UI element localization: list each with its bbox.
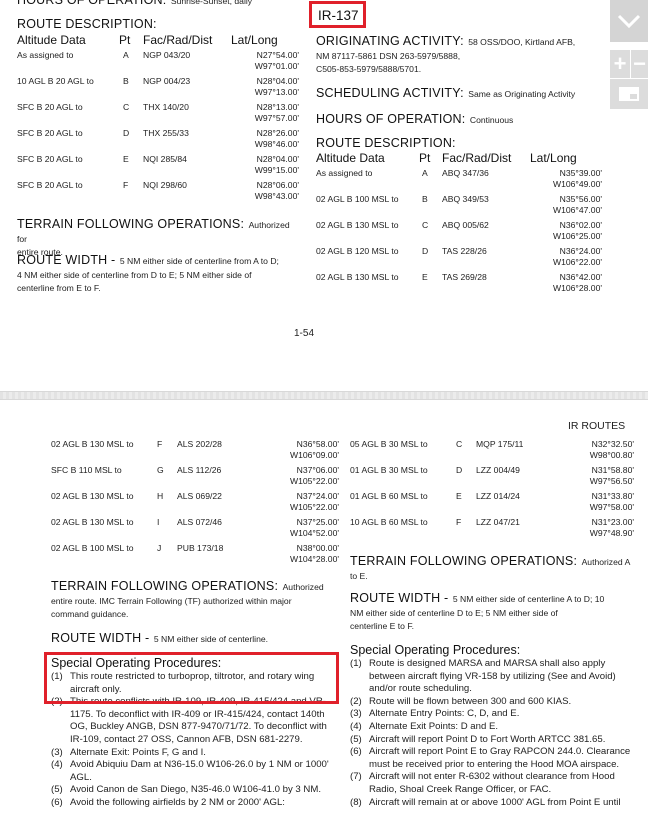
point-cell: F: [456, 517, 461, 527]
procedure-item: (8)Aircraft will remain at or above 1000…: [350, 797, 635, 810]
altitude-cell: 02 AGL B 130 MSL to: [51, 439, 134, 449]
facility-cell: ABQ 347/36: [442, 168, 489, 178]
route-width-line: NM either side of centerline D to E; 5 N…: [350, 608, 558, 618]
procedure-number: (6): [350, 746, 369, 771]
page-number: 1-54: [294, 328, 314, 339]
latlong-cell: N35°56.00'W106°47.00': [540, 194, 602, 216]
procedure-number: (5): [51, 784, 70, 797]
procedure-item: (5)Aircraft will report Point D to Fort …: [350, 734, 635, 747]
route-width: ROUTE WIDTH - 5 NM either side of center…: [51, 629, 268, 647]
latlong-cell: N36°42.00'W106°28.00': [540, 272, 602, 294]
procedure-text: Alternate Exit: Points F, G and I.: [70, 747, 333, 760]
col-latlong: Lat/Long: [530, 151, 577, 165]
facility-cell: ALS 072/46: [177, 517, 222, 527]
route-width-line: centerline E to F.: [350, 621, 414, 631]
viewer-toolbar: + −: [610, 0, 648, 109]
facility-cell: THX 255/33: [143, 128, 189, 138]
terrain-value-cont: to E.: [350, 571, 368, 581]
terrain-following: TERRAIN FOLLOWING OPERATIONS: Authorized…: [51, 580, 336, 621]
latlong-cell: N35°39.00'W106°49.00': [540, 168, 602, 190]
altitude-cell: 10 AGL B 20 AGL to: [17, 76, 94, 86]
procedure-text: Aircraft will report Point E to Gray RAP…: [369, 746, 635, 771]
facility-cell: NQI 298/60: [143, 180, 187, 190]
page-separator: [0, 391, 648, 400]
altitude-cell: 05 AGL B 30 MSL to: [350, 439, 428, 449]
hours-label: HOURS OF OPERATION:: [316, 112, 465, 126]
facility-cell: THX 140/20: [143, 102, 189, 112]
facility-cell: TAS 228/26: [442, 246, 487, 256]
procedure-number: (5): [350, 734, 369, 747]
procedure-list: (1)Route is designed MARSA and MARSA sha…: [350, 658, 635, 809]
altitude-cell: SFC B 20 AGL to: [17, 154, 83, 164]
point-cell: C: [123, 102, 129, 112]
point-cell: D: [422, 246, 428, 256]
procedure-text: Avoid the following airfields by 2 NM or…: [70, 797, 333, 810]
facility-cell: ALS 202/28: [177, 439, 222, 449]
route-description-title: ROUTE DESCRIPTION:: [17, 17, 157, 31]
procedure-number: (3): [350, 708, 369, 721]
scheduling-value: Same as Originating Activity: [468, 89, 575, 99]
route-width-label: ROUTE WIDTH -: [17, 253, 115, 267]
route-width-line: centerline from E to F.: [17, 283, 101, 293]
hours-of-operation-cut: HOURS OF OPERATION: Sunrise-Sunset, dail…: [17, 0, 252, 9]
terrain-label: TERRAIN FOLLOWING OPERATIONS:: [350, 554, 577, 568]
minus-icon: −: [633, 51, 646, 77]
col-fac: Fac/Rad/Dist: [442, 151, 511, 165]
altitude-cell: 02 AGL B 130 MSL to: [51, 491, 134, 501]
route-width-label: ROUTE WIDTH -: [350, 591, 448, 605]
fit-page-icon: [619, 87, 639, 101]
latlong-cell: N37°06.00'W105°22.00': [277, 465, 339, 487]
procedure-item: (4)Avoid Abiquiu Dam at N36-15.0 W106-26…: [51, 759, 333, 784]
point-cell: C: [422, 220, 428, 230]
facility-cell: NGP 004/23: [143, 76, 190, 86]
latlong-cell: N28°06.00'W98°43.00': [237, 180, 299, 202]
point-cell: F: [123, 180, 128, 190]
collapse-button[interactable]: [610, 0, 648, 42]
facility-cell: NQI 285/84: [143, 154, 187, 164]
hours-value: Sunrise-Sunset, daily: [171, 0, 252, 6]
terrain-label: TERRAIN FOLLOWING OPERATIONS:: [51, 579, 278, 593]
chevron-down-icon: [617, 14, 641, 28]
route-table-header: Altitude Data Pt Fac/Rad/Dist Lat/Long: [17, 33, 287, 47]
altitude-cell: 02 AGL B 130 MSL to: [316, 272, 399, 282]
sop-title: Special Operating Procedures:: [350, 643, 520, 657]
terrain-value: Authorized A: [582, 557, 631, 567]
point-cell: E: [123, 154, 129, 164]
latlong-cell: N37°24.00'W105°22.00': [277, 491, 339, 513]
zoom-out-button[interactable]: −: [631, 50, 648, 78]
altitude-cell: 02 AGL B 100 MSL to: [316, 194, 399, 204]
terrain-value: Authorized: [283, 582, 324, 592]
route-width-line: 4 NM either side of centerline from D to…: [17, 270, 252, 280]
altitude-cell: SFC B 20 AGL to: [17, 102, 83, 112]
facility-cell: PUB 173/18: [177, 543, 223, 553]
latlong-cell: N36°02.00'W106°25.00': [540, 220, 602, 242]
route-width-label: ROUTE WIDTH -: [51, 631, 149, 645]
running-header: IR ROUTES: [568, 420, 625, 432]
procedure-number: (8): [350, 797, 369, 810]
col-altitude: Altitude Data: [316, 151, 385, 165]
route-description-title: ROUTE DESCRIPTION:: [316, 136, 456, 150]
route-width-value: 5 NM either side of centerline.: [154, 634, 268, 644]
point-cell: E: [456, 491, 462, 501]
altitude-cell: As assigned to: [316, 168, 372, 178]
latlong-cell: N36°58.00'W106°09.00': [277, 439, 339, 461]
route-table-header: Altitude Data Pt Fac/Rad/Dist Lat/Long: [316, 151, 596, 165]
procedure-item: (2)Route will be flown between 300 and 6…: [350, 696, 635, 709]
procedure-text: Route will be flown between 300 and 600 …: [369, 696, 635, 709]
originating-activity: ORIGINATING ACTIVITY: 58 OSS/DOO, Kirtla…: [316, 35, 601, 76]
route-width-line: 5 NM either side of centerline from A to…: [120, 256, 279, 266]
latlong-cell: N36°24.00'W106°22.00': [540, 246, 602, 268]
zoom-in-button[interactable]: +: [610, 50, 630, 78]
facility-cell: NGP 043/20: [143, 50, 190, 60]
point-cell: F: [157, 439, 162, 449]
facility-cell: ALS 112/26: [177, 465, 221, 475]
procedure-item: (6)Aircraft will report Point E to Gray …: [350, 746, 635, 771]
procedure-item: (6)Avoid the following airfields by 2 NM…: [51, 797, 333, 810]
facility-cell: TAS 269/28: [442, 272, 487, 282]
procedure-text: Avoid Abiquiu Dam at N36-15.0 W106-26.0 …: [70, 759, 333, 784]
col-latlong: Lat/Long: [231, 33, 278, 47]
latlong-cell: N28°26.00'W98°46.00': [237, 128, 299, 150]
latlong-cell: N31°58.80'W97°56.50': [572, 465, 634, 487]
hours-value: Continuous: [470, 115, 513, 125]
procedure-item: (3)Alternate Exit: Points F, G and I.: [51, 747, 333, 760]
originating-value: 58 OSS/DOO, Kirtland AFB,: [468, 37, 575, 47]
altitude-cell: 02 AGL B 120 MSL to: [316, 246, 399, 256]
latlong-cell: N31°33.80'W97°58.00': [572, 491, 634, 513]
facility-cell: ABQ 349/53: [442, 194, 489, 204]
altitude-cell: SFC B 110 MSL to: [51, 465, 122, 475]
procedure-number: (2): [350, 696, 369, 709]
altitude-cell: As assigned to: [17, 50, 73, 60]
fit-page-button[interactable]: [610, 79, 648, 109]
facility-cell: LZZ 004/49: [476, 465, 520, 475]
route-width: ROUTE WIDTH - 5 NM either side of center…: [350, 592, 645, 633]
point-cell: I: [157, 517, 159, 527]
point-cell: C: [456, 439, 462, 449]
originating-label: ORIGINATING ACTIVITY:: [316, 34, 464, 48]
col-pt: Pt: [419, 151, 430, 165]
col-pt: Pt: [119, 33, 130, 47]
scheduling-label: SCHEDULING ACTIVITY:: [316, 86, 464, 100]
latlong-cell: N28°13.00'W97°57.00': [237, 102, 299, 124]
latlong-cell: N37°25.00'W104°52.00': [277, 517, 339, 539]
hours-label: HOURS OF OPERATION:: [17, 0, 166, 7]
procedure-item: (7)Aircraft will not enter R-6302 withou…: [350, 771, 635, 796]
procedure-number: (6): [51, 797, 70, 810]
altitude-cell: 10 AGL B 60 MSL to: [350, 517, 428, 527]
latlong-cell: N28°04.00'W97°13.00': [237, 76, 299, 98]
col-fac: Fac/Rad/Dist: [143, 33, 212, 47]
procedure-text: Avoid Canon de San Diego, N35-46.0 W106-…: [70, 784, 333, 797]
route-id-highlight: IR-137: [309, 1, 366, 28]
latlong-cell: N32°32.50'W98°00.80': [572, 439, 634, 461]
sop-highlight: [44, 652, 339, 704]
procedure-item: (3)Alternate Entry Points: C, D, and E.: [350, 708, 635, 721]
plus-icon: +: [614, 51, 627, 77]
procedure-number: (3): [51, 747, 70, 760]
procedure-item: (5)Avoid Canon de San Diego, N35-46.0 W1…: [51, 784, 333, 797]
terrain-label: TERRAIN FOLLOWING OPERATIONS:: [17, 217, 244, 231]
procedure-text: Alternate Exit Points: D and E.: [369, 721, 635, 734]
scheduling-activity: SCHEDULING ACTIVITY: Same as Originating…: [316, 84, 575, 102]
point-cell: B: [123, 76, 129, 86]
hours-of-operation: HOURS OF OPERATION: Continuous: [316, 110, 513, 128]
procedure-text: Alternate Entry Points: C, D, and E.: [369, 708, 635, 721]
procedure-text: Aircraft will report Point D to Fort Wor…: [369, 734, 635, 747]
procedure-number: (7): [350, 771, 369, 796]
latlong-cell: N31°23.00'W97°48.90': [572, 517, 634, 539]
facility-cell: LZZ 047/21: [476, 517, 520, 527]
route-width-line: 5 NM either side of centerline A to D; 1…: [453, 594, 604, 604]
procedure-item: (1)Route is designed MARSA and MARSA sha…: [350, 658, 635, 696]
point-cell: D: [456, 465, 462, 475]
altitude-cell: 02 AGL B 130 MSL to: [316, 220, 399, 230]
altitude-cell: 02 AGL B 130 MSL to: [51, 517, 134, 527]
terrain-value-cont: entire route. IMC Terrain Following (TF)…: [51, 596, 292, 606]
facility-cell: LZZ 014/24: [476, 491, 520, 501]
point-cell: D: [123, 128, 129, 138]
latlong-cell: N28°04.00'W99°15.00': [237, 154, 299, 176]
route-width: ROUTE WIDTH - 5 NM either side of center…: [17, 254, 307, 295]
point-cell: A: [422, 168, 428, 178]
altitude-cell: SFC B 20 AGL to: [17, 180, 83, 190]
point-cell: H: [157, 491, 163, 501]
col-altitude: Altitude Data: [17, 33, 86, 47]
procedure-text: Aircraft will remain at or above 1000' A…: [369, 797, 635, 810]
originating-value: C505-853-5979/5888/5701.: [316, 64, 421, 74]
procedure-item: (4)Alternate Exit Points: D and E.: [350, 721, 635, 734]
route-id: IR-137: [318, 8, 359, 23]
terrain-following: TERRAIN FOLLOWING OPERATIONS: Authorized…: [350, 555, 640, 582]
procedure-text: Aircraft will not enter R-6302 without c…: [369, 771, 635, 796]
terrain-value-cont: command guidance.: [51, 609, 128, 619]
point-cell: B: [422, 194, 428, 204]
facility-cell: MQP 175/11: [476, 439, 523, 449]
latlong-cell: N38°00.00'W104°28.00': [277, 543, 339, 565]
point-cell: E: [422, 272, 428, 282]
procedure-number: (4): [51, 759, 70, 784]
altitude-cell: 01 AGL B 30 MSL to: [350, 465, 428, 475]
point-cell: G: [157, 465, 164, 475]
altitude-cell: SFC B 20 AGL to: [17, 128, 83, 138]
procedure-number: (4): [350, 721, 369, 734]
procedure-number: (1): [350, 658, 369, 696]
facility-cell: ABQ 005/62: [442, 220, 489, 230]
altitude-cell: 01 AGL B 60 MSL to: [350, 491, 428, 501]
altitude-cell: 02 AGL B 100 MSL to: [51, 543, 134, 553]
procedure-text: Route is designed MARSA and MARSA shall …: [369, 658, 635, 696]
facility-cell: ALS 069/22: [177, 491, 222, 501]
point-cell: A: [123, 50, 129, 60]
latlong-cell: N27°54.00'W97°01.00': [237, 50, 299, 72]
originating-value: NM 87117-5861 DSN 263-5979/5888,: [316, 51, 460, 61]
point-cell: J: [157, 543, 161, 553]
